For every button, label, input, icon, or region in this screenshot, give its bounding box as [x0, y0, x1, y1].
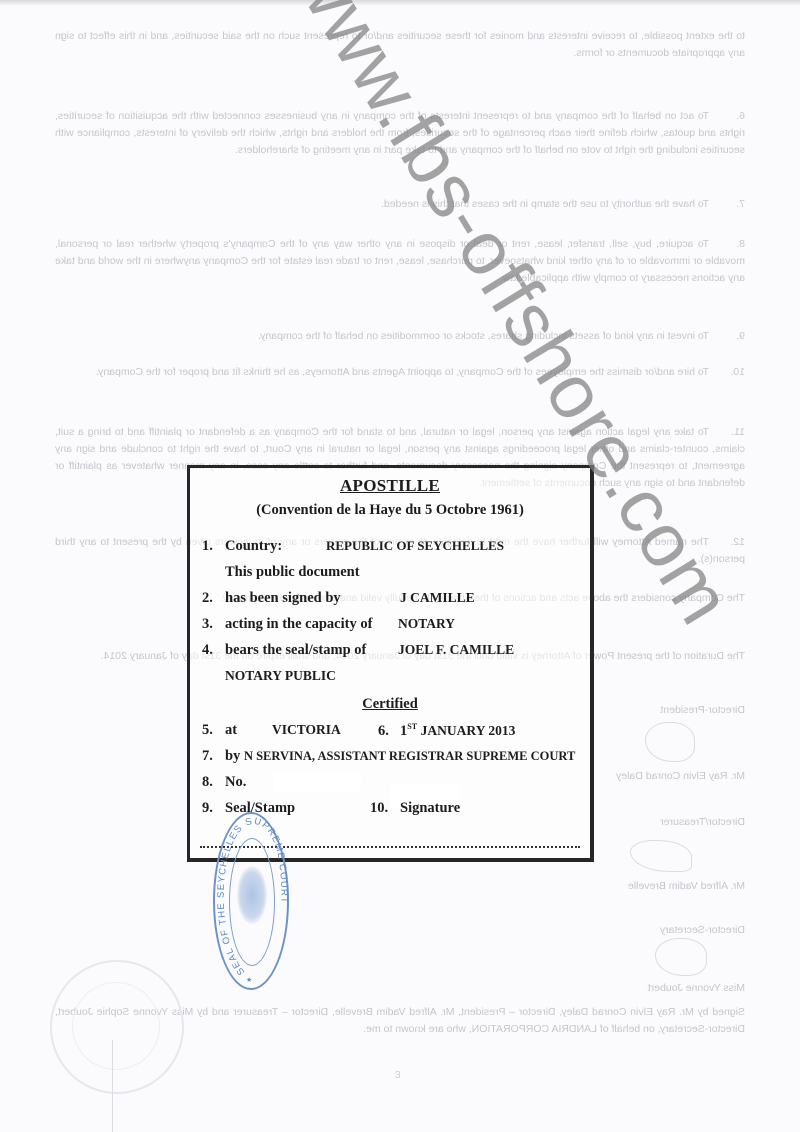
apostille-certificate: APOSTILLE (Convention de la Haye du 5 Oc…	[187, 465, 594, 862]
field-capacity: 3.acting in the capacity of NOTARY	[202, 616, 372, 633]
faint-signature-mark	[630, 840, 692, 872]
bleed-signatory: Director/Treasurer	[575, 814, 745, 831]
page-number: 3	[395, 1070, 401, 1081]
field-signed-by: 2.has been signed by J CAMILLE	[202, 590, 341, 607]
field-public-document: This public document	[225, 564, 360, 581]
faint-notary-stamp	[50, 960, 184, 1094]
field-by: 7.by N SERVINA, ASSISTANT REGISTRAR SUPR…	[202, 748, 575, 765]
seal-of-value: JOEL F. CAMILLE	[398, 642, 514, 658]
country-value: REPUBLIC OF SEYCHELLES	[326, 538, 504, 554]
bleed-paragraph: 9.To invest in any kind of assets includ…	[55, 328, 745, 345]
apostille-subtitle: (Convention de la Haye du 5 Octobre 1961…	[190, 502, 590, 519]
bleed-signatory: Director-Secretary	[575, 922, 745, 939]
faint-signature-mark	[655, 938, 707, 976]
apostille-title: APOSTILLE	[190, 476, 590, 496]
field-country: 1.Country: REPUBLIC OF SEYCHELLES	[202, 538, 282, 555]
field-at: 5.at VICTORIA	[202, 722, 237, 739]
certified-heading: Certified	[190, 696, 590, 713]
bleed-signatory: Mr. Alfred Vadim Brevelle	[575, 878, 745, 895]
faint-signature-mark	[645, 722, 695, 762]
field-number: 8.No.	[202, 774, 246, 791]
bleed-paragraph: 10.To hire and/or dismiss the employees …	[55, 364, 745, 381]
svg-text:SEAL OF THE SEYCHELLES SUPREME: SEAL OF THE SEYCHELLES SUPREME COURT	[216, 816, 289, 977]
bleed-paragraph: 8.To acquire, buy, sell, transfer, lease…	[55, 236, 745, 287]
bleed-paragraph: 6.To act on behalf of the company and to…	[55, 108, 745, 159]
field-seal-of: 4.bears the seal/stamp of JOEL F. CAMILL…	[202, 642, 366, 659]
signed-by-value: J CAMILLE	[400, 590, 475, 606]
seal-ring-text: SEAL OF THE SEYCHELLES SUPREME COURT ★	[213, 812, 289, 990]
redacted-number	[273, 772, 361, 792]
bleed-paragraph: 7.To have the authority to use the stamp…	[55, 196, 745, 213]
page-edge	[0, 0, 800, 6]
field-signature: 10.Signature	[370, 800, 460, 817]
bleed-signatory: Mr. Ray Elvin Conrad Daley	[575, 768, 745, 785]
bleed-signatory: Director-President	[575, 702, 745, 719]
date-value: JANUARY 2013	[421, 723, 516, 738]
by-value: N SERVINA, ASSISTANT REGISTRAR SUPREME C…	[244, 749, 575, 763]
at-value: VICTORIA	[272, 722, 341, 738]
field-date: 6.1ST JANUARY 2013	[378, 722, 515, 740]
field-seal-of-title: NOTARY PUBLIC	[225, 668, 336, 684]
capacity-value: NOTARY	[398, 616, 455, 632]
svg-text:★: ★	[246, 976, 252, 984]
supreme-court-seal: SEAL OF THE SEYCHELLES SUPREME COURT ★	[213, 812, 289, 990]
faint-line	[112, 1040, 113, 1132]
bleed-paragraph: to the extent possible, to receive inter…	[55, 28, 745, 62]
bleed-signatory: Miss Yvonne Joubert	[575, 980, 745, 997]
